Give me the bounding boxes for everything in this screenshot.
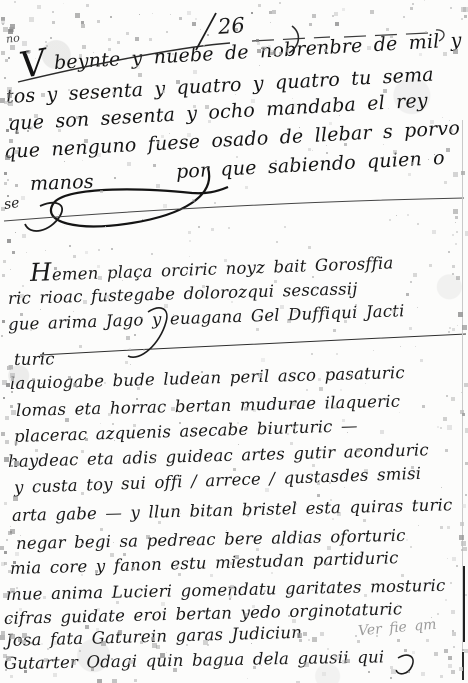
faint-annotation: Ver fie qm: [357, 617, 437, 640]
flourish-swash: [25, 203, 62, 231]
page-edge-shadow-2: [462, 652, 464, 680]
handwritten-line: manos: [30, 171, 95, 195]
margin-mark-mid: se: [3, 195, 21, 213]
page-edge-shadow: [463, 566, 465, 642]
manuscript-page: 26 no se V beynte y nuebe de nobrenbre d…: [0, 0, 468, 683]
handwritten-line: por que sabiendo quien o: [175, 147, 445, 183]
strike-line: [40, 334, 466, 355]
handwritten-line: turic: [14, 349, 55, 369]
handwritten-line: cifras guidate eroi bertan yedo orginota…: [4, 599, 403, 628]
end-squiggle: [396, 655, 413, 674]
handwritten-line: mia core y fanon estu miestudan partidur…: [10, 548, 399, 578]
page-number: 26: [217, 13, 245, 39]
handwritten-line: Gutarter Odagi quin bagua dela gausii qu…: [4, 647, 385, 673]
divider-line: [4, 198, 464, 221]
handwritten-line: arta gabe — y llun bitan bristel esta qu…: [12, 495, 453, 525]
paragraph1-initial: V: [17, 42, 50, 87]
